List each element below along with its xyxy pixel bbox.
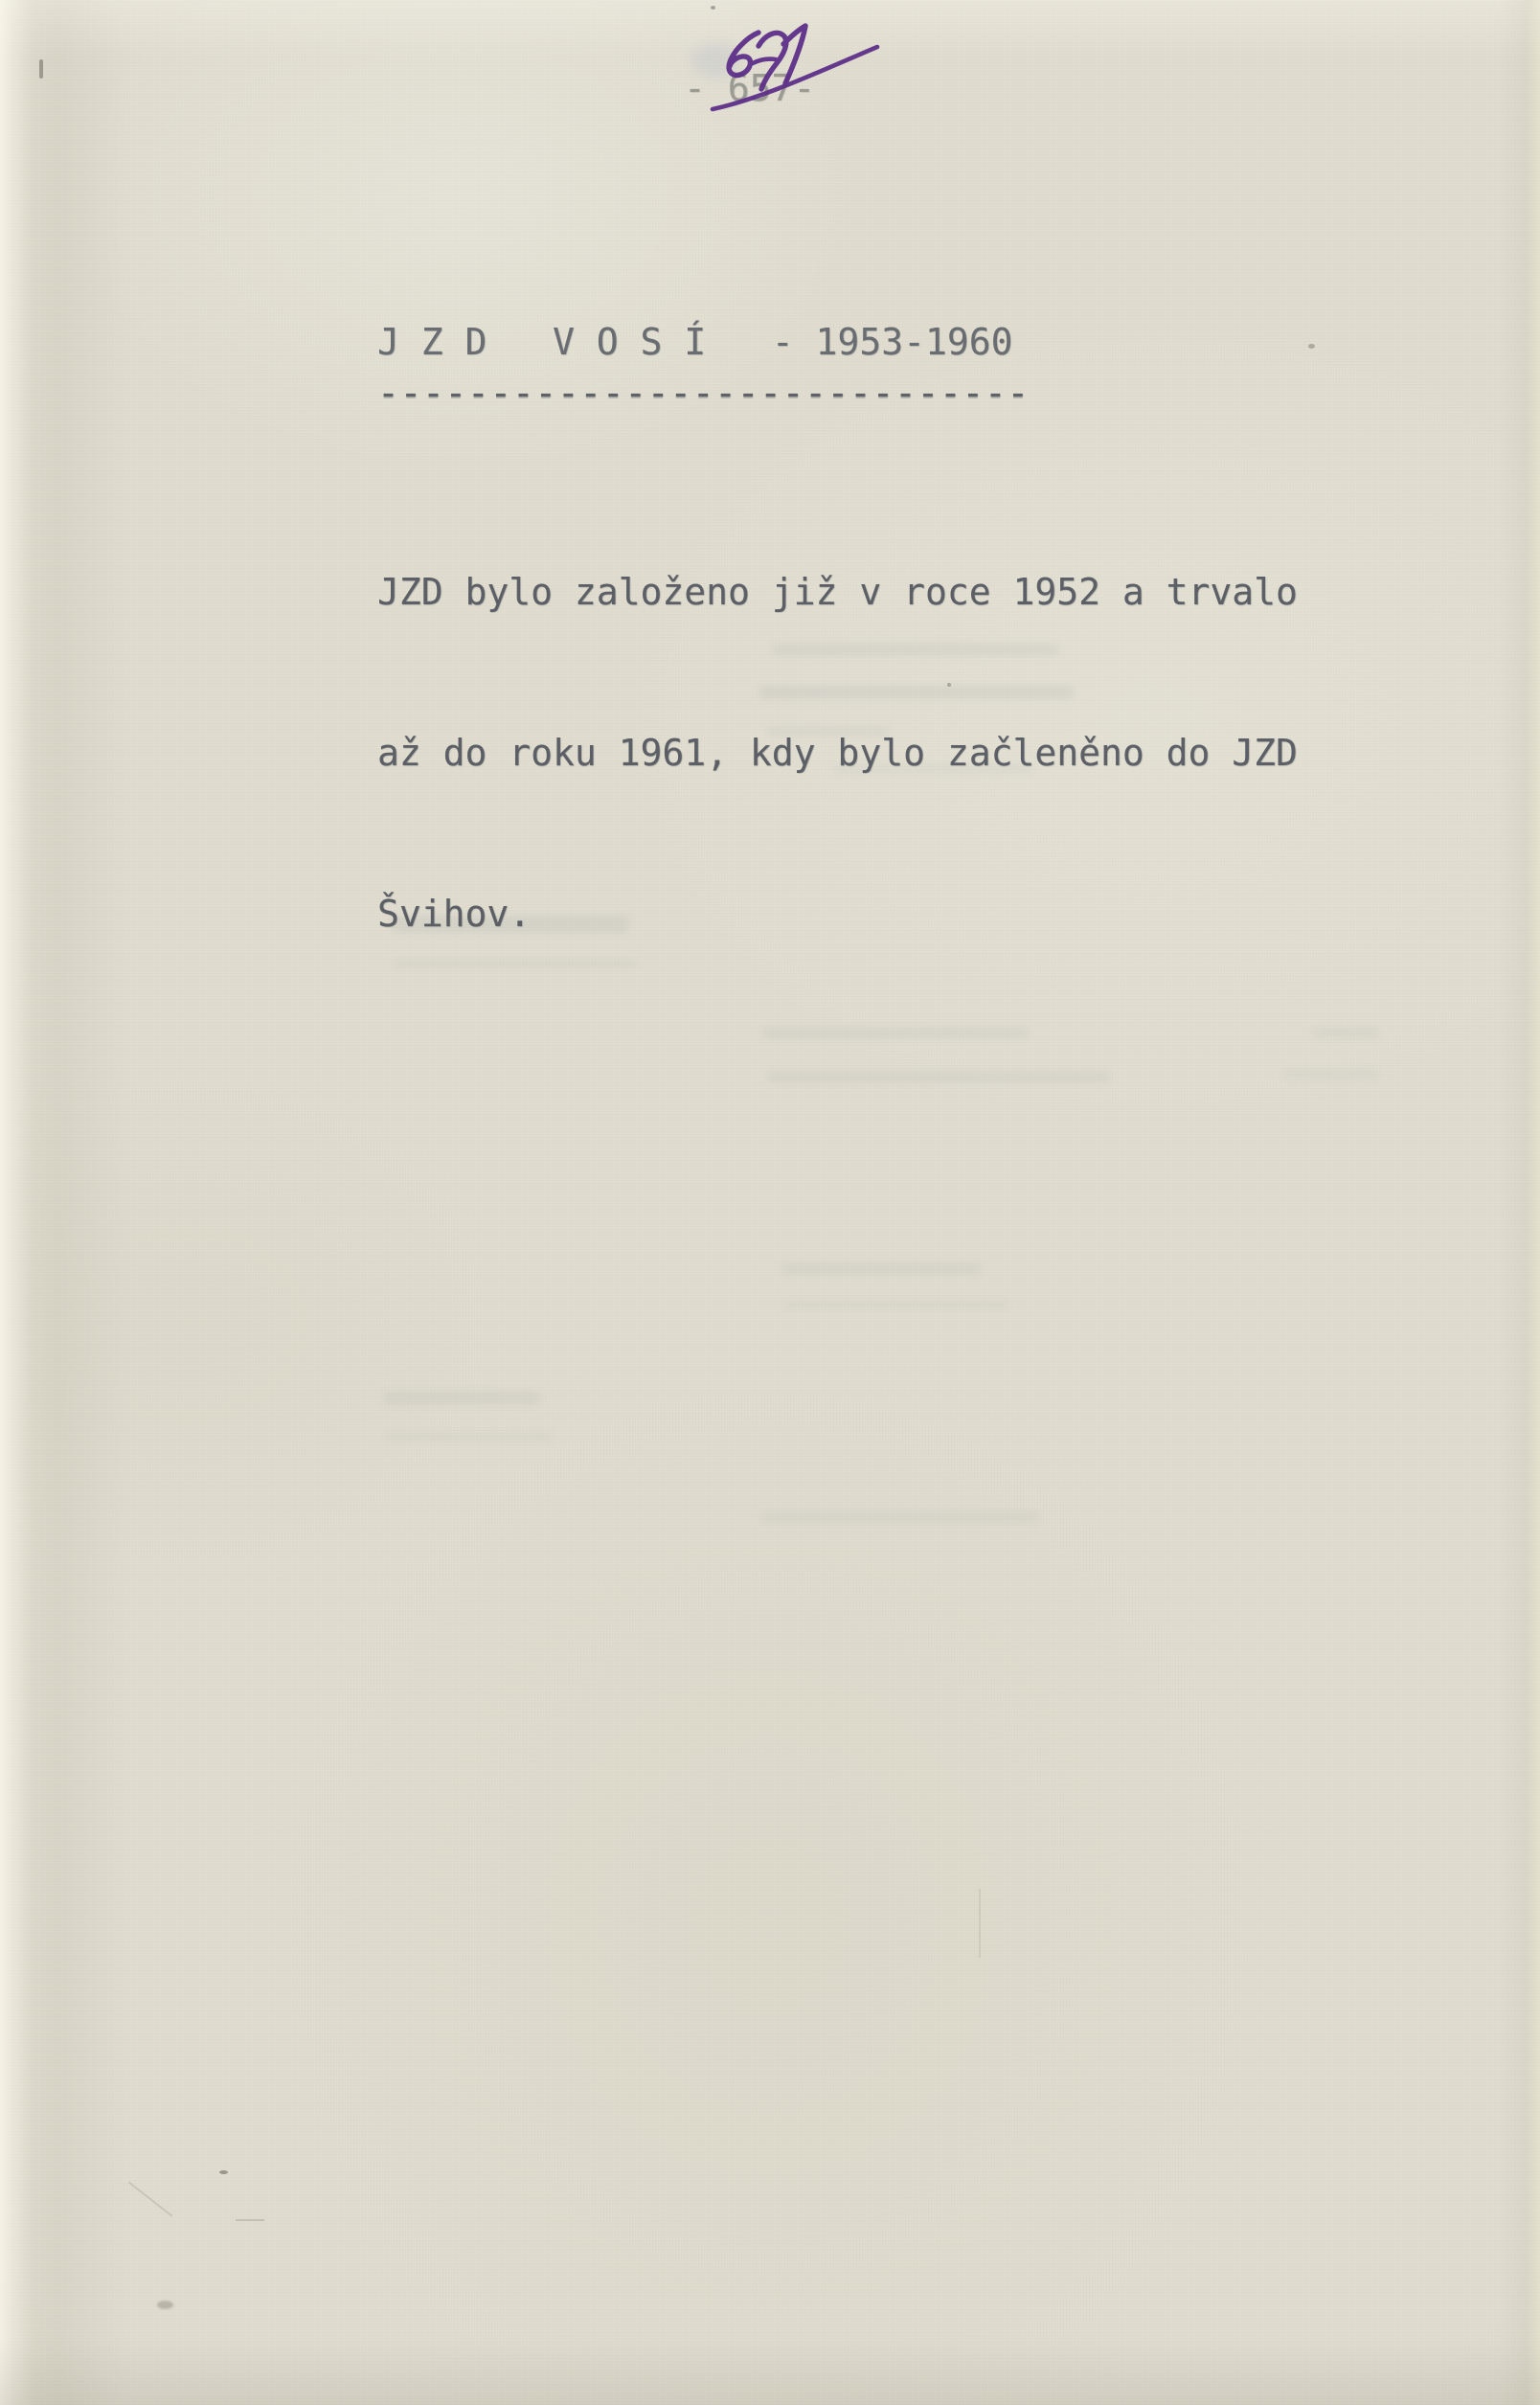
show-through-smudge — [1283, 1069, 1379, 1080]
title-underline: ----------------------------- — [377, 374, 1030, 411]
show-through-smudge — [1312, 1027, 1379, 1038]
show-through-smudge — [383, 1391, 541, 1405]
paper-speck — [711, 6, 715, 10]
paper-speck — [219, 2170, 228, 2174]
handwritten-digit-7-crossbar — [753, 59, 776, 63]
handwritten-page-number — [670, 14, 900, 129]
paper-crease-line — [979, 1889, 981, 1958]
show-through-smudge — [783, 1301, 1008, 1308]
show-through-smudge — [766, 1071, 1111, 1083]
show-through-smudge — [781, 1262, 982, 1276]
page-title: J Z D V O S Í - 1953-1960 — [377, 324, 1012, 360]
show-through-smudge — [385, 1433, 553, 1441]
paragraph-line: Švihov. — [377, 887, 1298, 941]
paper-crease-line — [128, 2181, 173, 2216]
handwritten-digit-1 — [783, 26, 805, 83]
body-paragraph: JZD bylo založeno již v roce 1952 a trva… — [377, 458, 1298, 1048]
scanned-page: - 657- J Z D V O S Í - 1953-1960 -------… — [0, 0, 1540, 2405]
paper-fiber-mark — [236, 2219, 264, 2221]
show-through-smudge — [761, 1511, 1039, 1523]
paper-speck — [157, 2301, 173, 2309]
paper-speck — [1308, 344, 1315, 349]
paragraph-line: JZD bylo založeno již v roce 1952 a trva… — [377, 565, 1298, 619]
paragraph-line: až do roku 1961, kdy bylo začleněno do J… — [377, 726, 1298, 780]
paper-fiber-mark — [39, 59, 43, 79]
handwritten-digit-6 — [729, 33, 759, 76]
